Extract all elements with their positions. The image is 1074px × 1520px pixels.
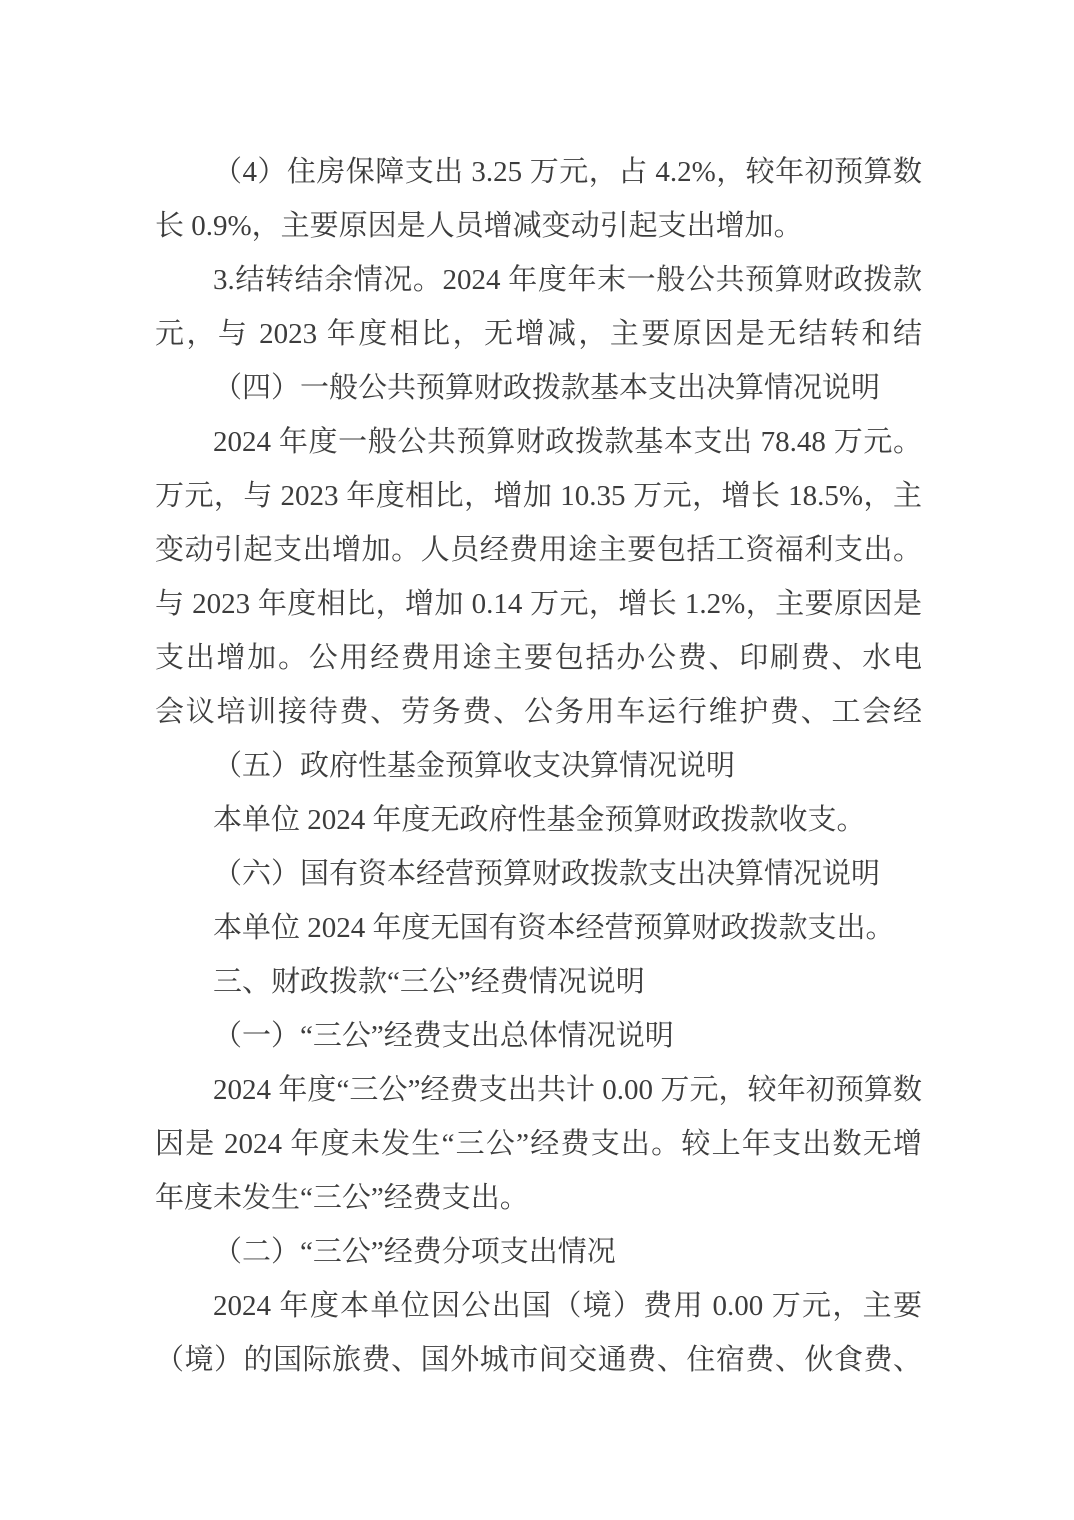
body-text-line: 3.结转结余情况。2024 年度年末一般公共预算财政拨款结转和结余 0.00 万 xyxy=(155,253,922,307)
body-text-line: 本单位 2024 年度无政府性基金预算财政拨款收支。 xyxy=(155,793,922,847)
heading-line: （二）“三公”经费分项支出情况 xyxy=(155,1225,922,1279)
body-text-line: 因是 2024 年度未发生“三公”经费支出。较上年支出数无增减，主要原因是 20… xyxy=(155,1117,922,1171)
heading-line: （六）国有资本经营预算财政拨款支出决算情况说明 xyxy=(155,847,922,901)
body-text-line: 长 0.9%，主要原因是人员增减变动引起支出增加。 xyxy=(155,199,922,253)
body-text-line: （4）住房保障支出 3.25 万元，占 4.2%，较年初预算数增加 0.03 万… xyxy=(155,145,922,199)
body-text-line: 与 2023 年度相比，增加 0.14 万元，增长 1.2%，主要原因是人员增减… xyxy=(155,577,922,631)
heading-line: （四）一般公共预算财政拨款基本支出决算情况说明 xyxy=(155,361,922,415)
body-text-line: 2024 年度一般公共预算财政拨款基本支出 78.48 万元。其中：人员经费 6… xyxy=(155,415,922,469)
body-text-line: 元，与 2023 年度相比，无增减，主要原因是无结转和结余。 xyxy=(155,307,922,361)
body-text-line: 万元，与 2023 年度相比，增加 10.35 万元，增长 18.5%，主要原因… xyxy=(155,469,922,523)
body-text-line: 支出增加。公用经费用途主要包括办公费、印刷费、水电费、邮电费、差旅费、 xyxy=(155,631,922,685)
heading-line: （五）政府性基金预算收支决算情况说明 xyxy=(155,739,922,793)
document-page: （4）住房保障支出 3.25 万元，占 4.2%，较年初预算数增加 0.03 万… xyxy=(0,0,1074,1520)
text-block: （4）住房保障支出 3.25 万元，占 4.2%，较年初预算数增加 0.03 万… xyxy=(155,145,922,1387)
heading-line: 三、财政拨款“三公”经费情况说明 xyxy=(155,955,922,1009)
heading-line: （一）“三公”经费支出总体情况说明 xyxy=(155,1009,922,1063)
body-text-line: 年度未发生“三公”经费支出。 xyxy=(155,1171,922,1225)
body-text-line: 2024 年度“三公”经费支出共计 0.00 万元，较年初预算数无增减，主要原 xyxy=(155,1063,922,1117)
body-text-line: 变动引起支出增加。人员经费用途主要包括工资福利支出。公用经费 12.03 万元， xyxy=(155,523,922,577)
body-text-line: 2024 年度本单位因公出国（境）费用 0.00 万元，主要是用于单位公务出国 xyxy=(155,1279,922,1333)
body-text-line: 本单位 2024 年度无国有资本经营预算财政拨款支出。 xyxy=(155,901,922,955)
body-text-line: 会议培训接待费、劳务费、公务用车运行维护费、工会经费、其他交通费等支出。 xyxy=(155,685,922,739)
body-text-line: （境）的国际旅费、国外城市间交通费、住宿费、伙食费、培训费、公杂费等支 xyxy=(155,1333,922,1387)
